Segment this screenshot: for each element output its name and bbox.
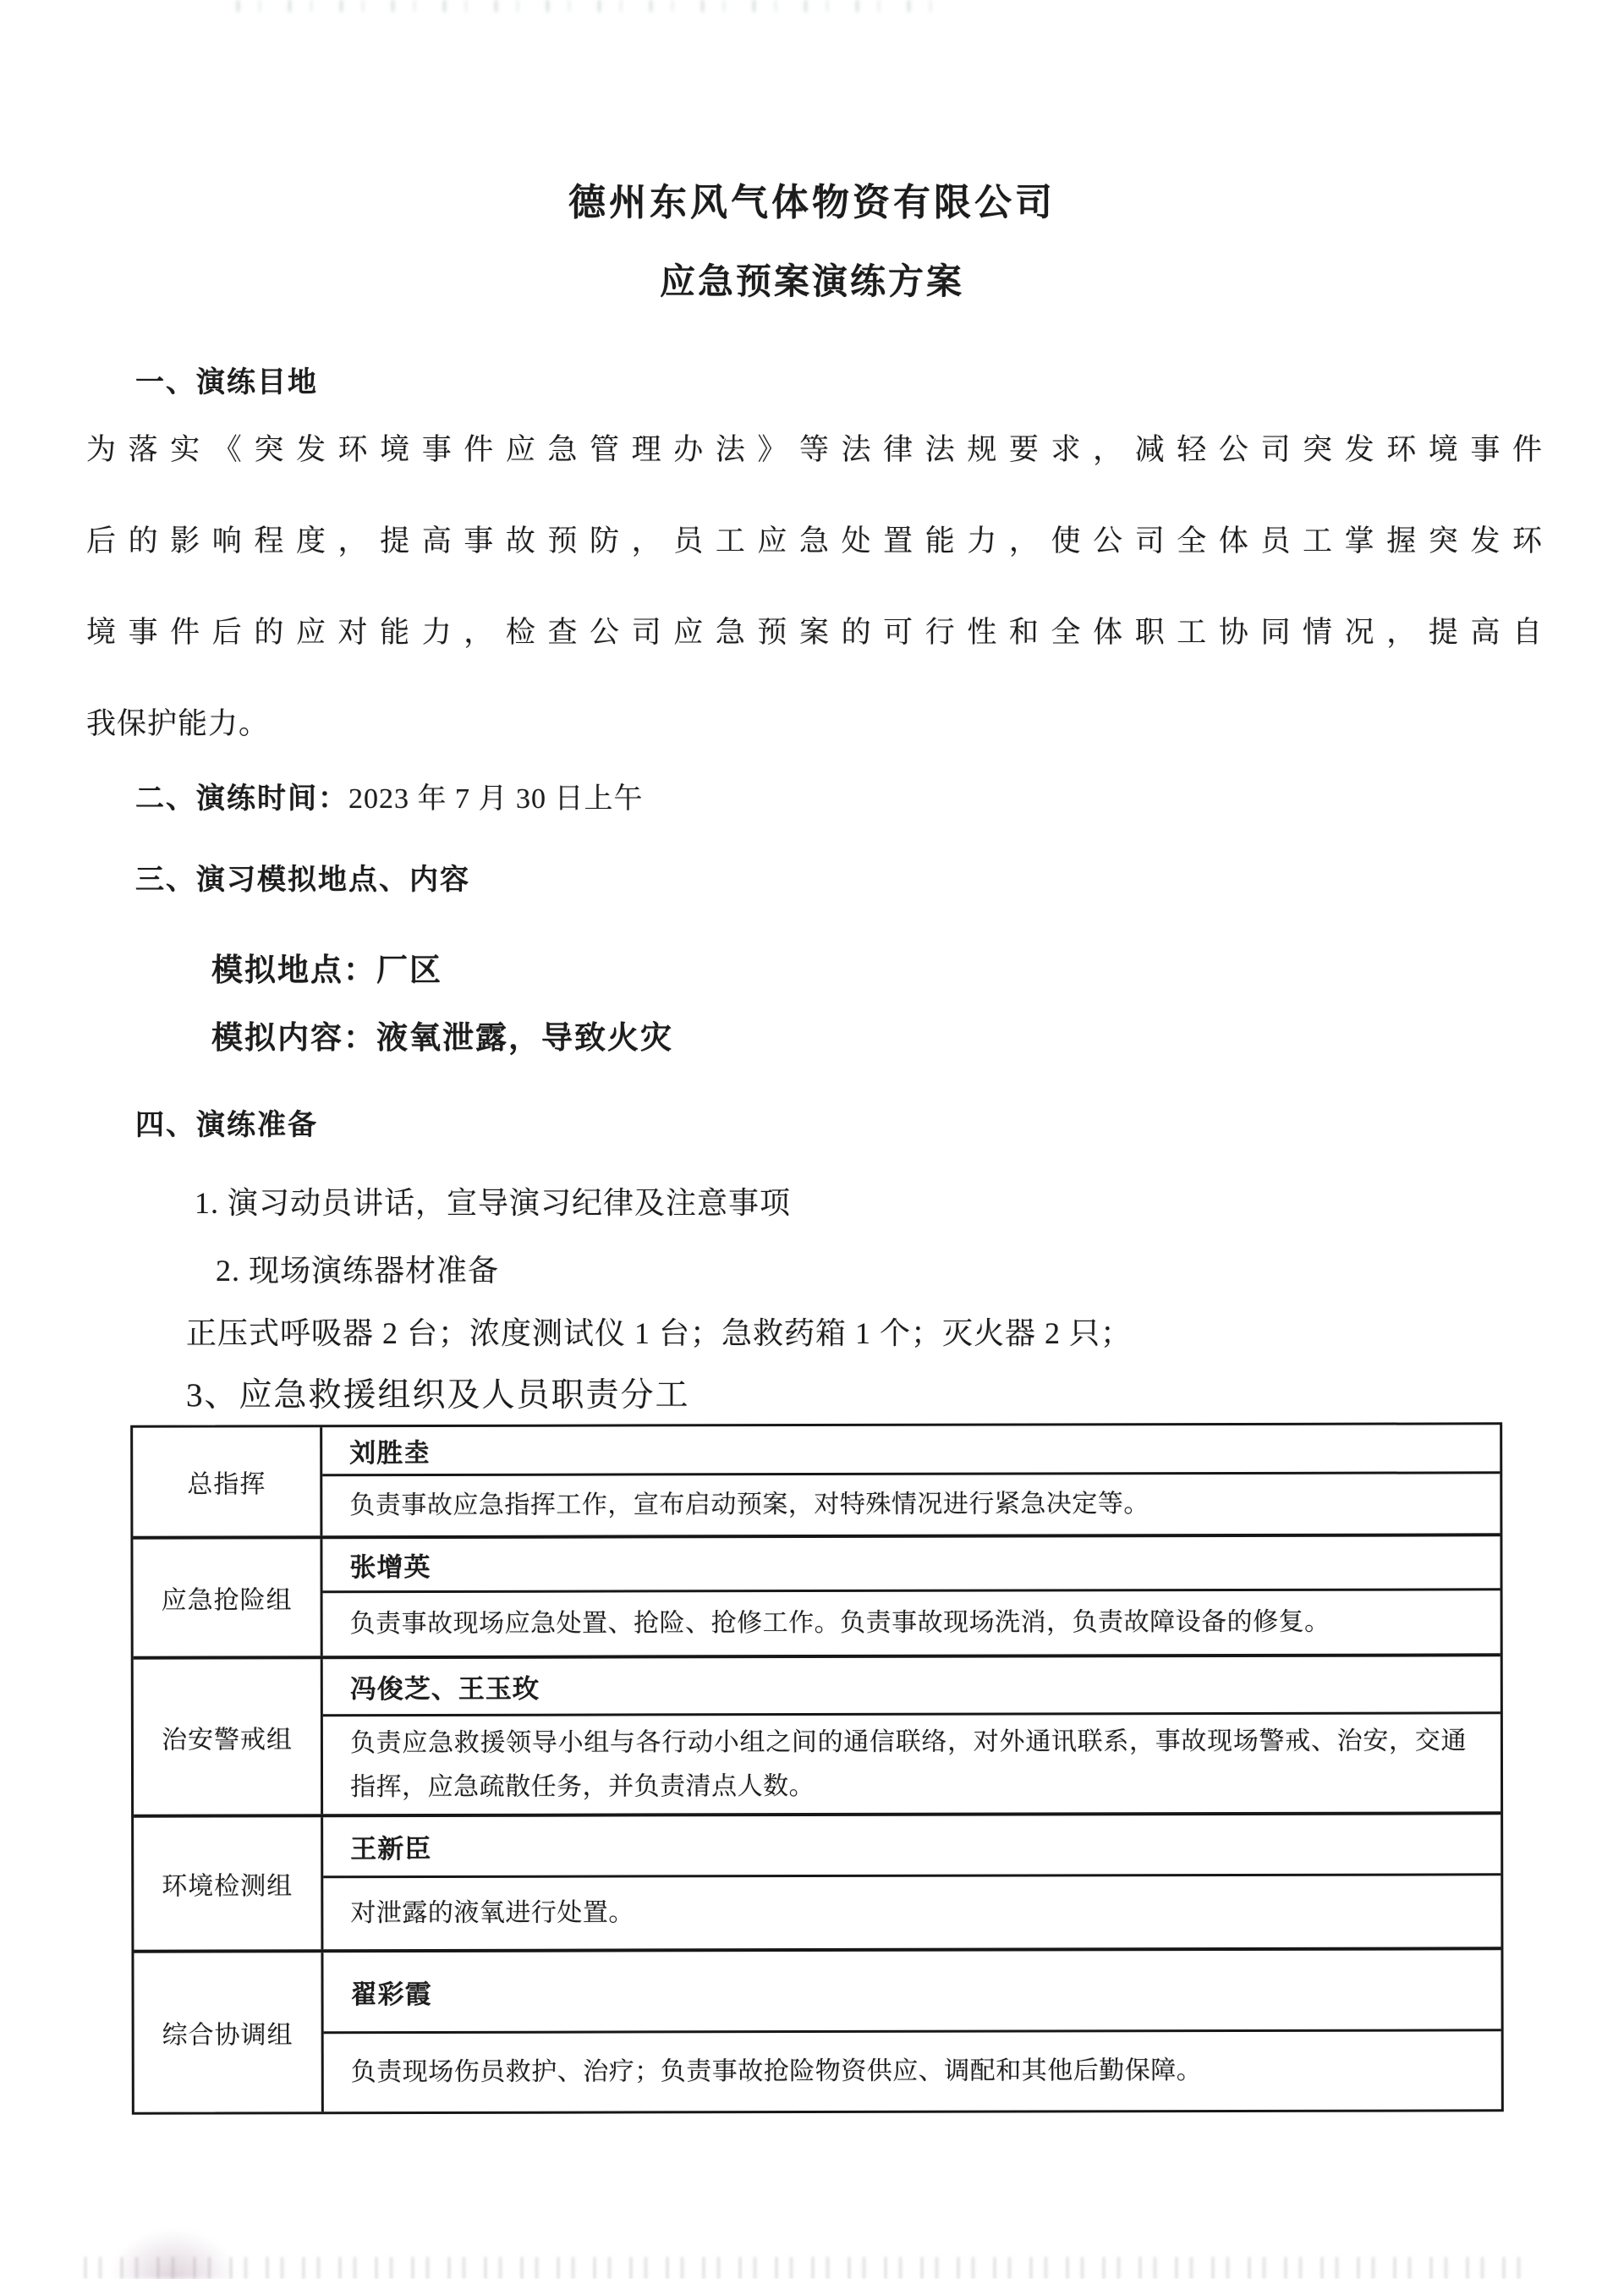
responsibility-table: 总指挥 刘胜坴 负责事故应急指挥工作，宣布启动预案，对特殊情况进行紧急决定等。 … — [130, 1422, 1504, 2114]
section-2-heading: 二、演练时间：2023 年 7 月 30 日上午 — [135, 775, 644, 816]
table-role-cell: 治安警戒组 — [134, 1659, 323, 1814]
section-3-heading: 三、演习模拟地点、内容 — [135, 856, 470, 898]
table-names-cell: 王新臣 — [323, 1815, 1501, 1878]
section-4-heading: 四、演练准备 — [135, 1101, 318, 1143]
drill-time-value: 2023 年 7 月 30 日上午 — [348, 783, 644, 815]
table-row: 应急抢险组 张增英 负责事故现场应急处置、抢险、抢修工作。负责事故现场洗消，负责… — [133, 1533, 1500, 1656]
table-row: 总指挥 刘胜坴 负责事故应急指挥工作，宣布启动预案，对特殊情况进行紧急决定等。 — [133, 1425, 1500, 1535]
paragraph-line: 我保护能力。 — [86, 678, 1543, 770]
table-duty-cell: 负责事故现场应急处置、抢险、抢修工作。负责事故现场洗消，负责故障设备的修复。 — [323, 1590, 1501, 1656]
table-role-cell: 综合协调组 — [134, 1952, 323, 2112]
table-duty-cell: 负责现场伤员救护、治疗；负责事故抢险物资供应、调配和其他后勤保障。 — [324, 2031, 1501, 2112]
simulated-location-line: 模拟地点：厂区 — [211, 944, 442, 990]
table-duty-cell: 负责应急救援领导小组与各行动小组之间的通信联络，对外通讯联系，事故现场警戒、治安… — [323, 1714, 1501, 1814]
table-names-cell: 刘胜坴 — [322, 1425, 1500, 1476]
scan-artifact-smudge — [110, 2228, 237, 2279]
equipment-list-line: 正压式呼吸器 2 台；浓度测试仪 1 台；急救药箱 1 个；灭火器 2 只； — [186, 1310, 1132, 1353]
table-names-cell: 张增英 — [322, 1536, 1500, 1593]
table-role-cell: 总指挥 — [133, 1427, 322, 1535]
paragraph-line: 后的影响程度，提高事故预防，员工应急处置能力，使公司全体员工掌握突发环 — [86, 496, 1543, 587]
table-duty-cell: 负责事故应急指挥工作，宣布启动预案，对特殊情况进行紧急决定等。 — [322, 1474, 1500, 1535]
simulated-content-line: 模拟内容：液氧泄露，导致火灾 — [211, 1012, 673, 1057]
scan-artifact-top — [237, 0, 939, 12]
section-2-label: 二、演练时间： — [135, 783, 348, 815]
preparation-item-1: 1. 演习动员讲话，宣导演习纪律及注意事项 — [195, 1179, 791, 1222]
table-row: 治安警戒组 冯俊芝、王玉玫 负责应急救援领导小组与各行动小组之间的通信联络，对外… — [134, 1653, 1501, 1814]
preparation-item-2: 2. 现场演练器材准备 — [216, 1247, 499, 1290]
preparation-item-3: 3、应急救援组织及人员职责分工 — [186, 1369, 690, 1416]
scan-artifact-bottom — [85, 2257, 1531, 2279]
table-names-cell: 冯俊芝、王玉玫 — [323, 1656, 1501, 1716]
table-duty-cell: 对泄露的液氧进行处置。 — [323, 1875, 1501, 1949]
table-row: 综合协调组 翟彩霞 负责现场伤员救护、治疗；负责事故抢险物资供应、调配和其他后勤… — [134, 1947, 1501, 2112]
table-role-cell: 应急抢险组 — [133, 1539, 322, 1656]
table-role-cell: 环境检测组 — [134, 1817, 323, 1949]
section-1-paragraph: 为落实《突发环境事件应急管理办法》等法律法规要求，减轻公司突发环境事件 后的影响… — [86, 404, 1543, 770]
section-1-heading: 一、演练目地 — [135, 359, 318, 400]
document-subtitle: 应急预案演练方案 — [0, 254, 1624, 305]
table-names-cell: 翟彩霞 — [323, 1950, 1501, 2034]
paragraph-line: 境事件后的应对能力，检查公司应急预案的可行性和全体职工协同情况，提高自 — [86, 587, 1543, 678]
document-title: 德州东风气体物资有限公司 — [0, 172, 1624, 226]
document-page: 德州东风气体物资有限公司 应急预案演练方案 一、演练目地 为落实《突发环境事件应… — [0, 0, 1624, 2279]
paragraph-line: 为落实《突发环境事件应急管理办法》等法律法规要求，减轻公司突发环境事件 — [86, 404, 1543, 496]
table-row: 环境检测组 王新臣 对泄露的液氧进行处置。 — [134, 1811, 1501, 1949]
